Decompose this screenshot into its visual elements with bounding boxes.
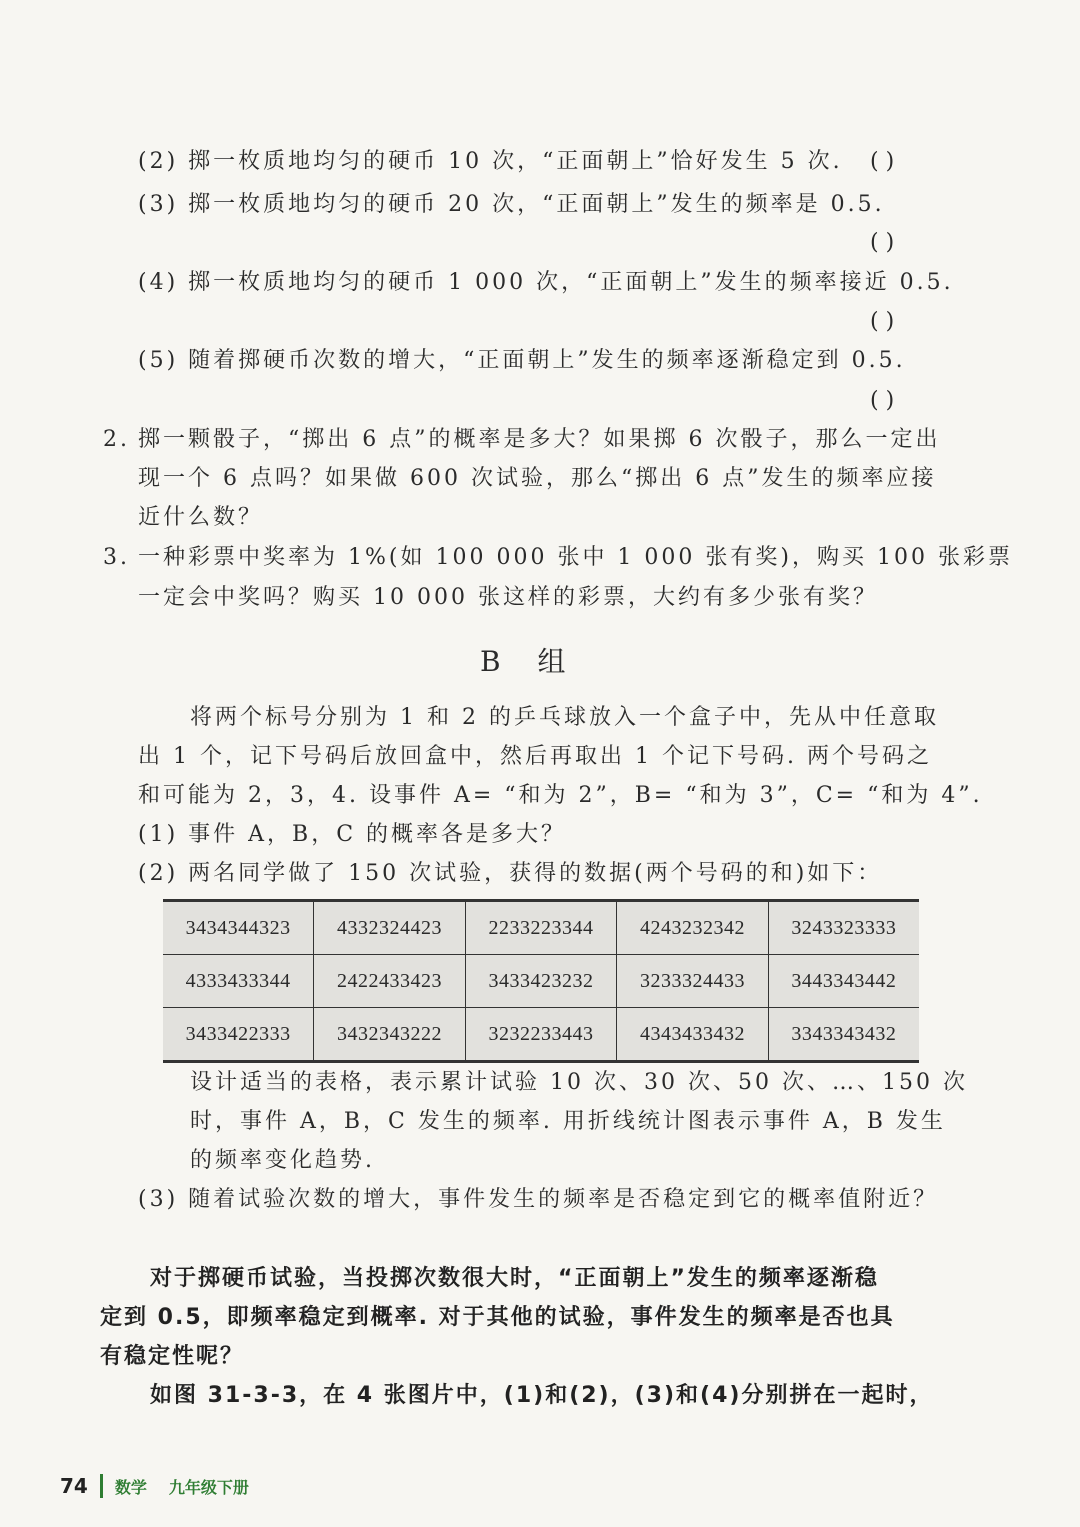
group-b-subquestion-1: (1) 事件 A，B，C 的概率各是多大？ (138, 820, 566, 850)
table-cell: 4333433344 (163, 955, 314, 1008)
answer-blank-4: ( ) (870, 307, 894, 337)
table-cell: 3233324433 (617, 955, 768, 1008)
exercise-item-5: (5) 随着掷硬币次数的增大，“正面朝上”发生的频率逐渐稳定到 0.5. (138, 346, 906, 376)
group-b-subquestion-2: (2) 两名同学做了 150 次试验，获得的数据(两个号码的和)如下： (138, 859, 882, 889)
table-row: 4333433344 2422433423 3433423232 3233324… (163, 955, 919, 1008)
section-heading-group-b: B 组 (480, 640, 579, 680)
exercise-item-3: (3) 掷一枚质地均匀的硬币 20 次，“正面朝上”发生的频率是 0.5. (138, 190, 885, 220)
table-cell: 3433422333 (163, 1008, 314, 1062)
trial-data-table: 3434344323 4332324423 2233223344 4243232… (163, 899, 919, 1063)
group-b-intro-line: 出 1 个，记下号码后放回盒中，然后再取出 1 个记下号码. 两个号码之 (138, 742, 932, 772)
group-b-intro-line: 将两个标号分别为 1 和 2 的乒乓球放入一个盒子中，先从中任意取 (190, 703, 939, 733)
footer-grade: 九年级下册 (169, 1475, 249, 1498)
footer-divider (100, 1474, 103, 1498)
table-row: 3433422333 3432343222 3232233443 4343433… (163, 1008, 919, 1062)
exercise-item-2: (2) 掷一枚质地均匀的硬币 10 次，“正面朝上”恰好发生 5 次. (138, 147, 843, 177)
footer-subject: 数学 (115, 1475, 147, 1498)
question-3-number: 3. (103, 543, 130, 573)
table-cell: 3443343442 (768, 955, 919, 1008)
group-b-instruction-line: 设计适当的表格，表示累计试验 10 次、30 次、50 次、…、150 次 (190, 1068, 968, 1098)
table-cell: 3433423232 (465, 955, 616, 1008)
group-b-subquestion-3: (3) 随着试验次数的增大，事件发生的频率是否稳定到它的概率值附近？ (138, 1185, 938, 1215)
body-paragraph-line: 定到 0.5，即频率稳定到概率. 对于其他的试验，事件发生的频率是否也具 (100, 1303, 895, 1333)
page-number: 74 (60, 1474, 88, 1498)
question-2-line: 掷一颗骰子，“掷出 6 点”的概率是多大？如果掷 6 次骰子，那么一定出 (138, 425, 940, 455)
group-b-intro-line: 和可能为 2，3，4. 设事件 A= “和为 2”，B= “和为 3”，C= “… (138, 781, 983, 811)
table-row: 3434344323 4332324423 2233223344 4243232… (163, 901, 919, 955)
question-3-line: 一定会中奖吗？购买 10 000 张这样的彩票，大约有多少张有奖？ (138, 583, 878, 613)
question-2-number: 2. (103, 425, 130, 455)
question-2-line: 现一个 6 点吗？如果做 600 次试验，那么“掷出 6 点”发生的频率应接 (138, 464, 936, 494)
answer-blank-2: ( ) (870, 147, 894, 177)
table-cell: 3343343432 (768, 1008, 919, 1062)
table-cell: 4332324423 (314, 901, 465, 955)
question-3-line: 一种彩票中奖率为 1%(如 100 000 张中 1 000 张有奖)，购买 1… (138, 543, 1013, 573)
question-2-line: 近什么数？ (138, 503, 263, 533)
answer-blank-3: ( ) (870, 228, 894, 258)
table-cell: 4343433432 (617, 1008, 768, 1062)
table-cell: 2233223344 (465, 901, 616, 955)
body-paragraph-line: 如图 31-3-3，在 4 张图片中，(1)和(2)，(3)和(4)分别拼在一起… (150, 1381, 933, 1411)
group-b-instruction-line: 时，事件 A，B，C 发生的频率. 用折线统计图表示事件 A，B 发生 (190, 1107, 946, 1137)
exercise-item-4: (4) 掷一枚质地均匀的硬币 1 000 次，“正面朝上”发生的频率接近 0.5… (138, 268, 954, 298)
answer-blank-5: ( ) (870, 386, 894, 416)
table-cell: 4243232342 (617, 901, 768, 955)
table-cell: 2422433423 (314, 955, 465, 1008)
body-paragraph-line: 有稳定性呢？ (100, 1342, 244, 1372)
body-paragraph-line: 对于掷硬币试验，当投掷次数很大时，“正面朝上”发生的频率逐渐稳 (150, 1264, 879, 1294)
group-b-instruction-line: 的频率变化趋势. (190, 1146, 375, 1176)
table-cell: 3243323333 (768, 901, 919, 955)
table-cell: 3432343222 (314, 1008, 465, 1062)
page-footer: 74 数学 九年级下册 (60, 1474, 249, 1498)
table-cell: 3232233443 (465, 1008, 616, 1062)
table-cell: 3434344323 (163, 901, 314, 955)
